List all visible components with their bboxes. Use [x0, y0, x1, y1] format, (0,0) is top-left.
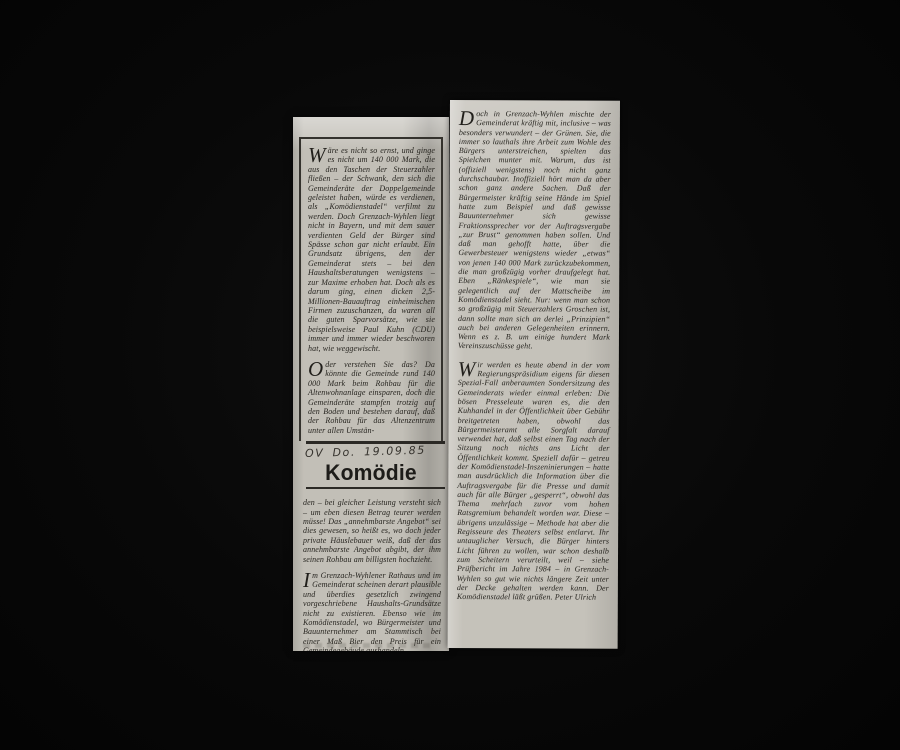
left-clipping: Wäre es nicht so ernst, und ginge es nic…: [293, 117, 449, 651]
drop-cap: W: [458, 360, 478, 377]
article-paragraph: Wäre es nicht so ernst, und ginge es nic…: [308, 146, 435, 353]
drop-cap: I: [303, 571, 312, 588]
right-clipping: Doch in Grenzach-Wyhlen mischte der Geme…: [448, 100, 620, 649]
left-bottom-paragraphs: den – bei gleicher Leistung versteht sic…: [303, 498, 441, 651]
article-paragraph: Doch in Grenzach-Wyhlen mischte der Geme…: [458, 109, 611, 351]
headline-rule-bottom: [306, 487, 445, 490]
article-paragraph: den – bei gleicher Leistung versteht sic…: [303, 498, 441, 564]
right-paragraphs: Doch in Grenzach-Wyhlen mischte der Geme…: [457, 109, 611, 602]
article-paragraph: Oder verstehen Sie das? Da könnte die Ge…: [308, 360, 435, 435]
bleed-through-smudge: [303, 643, 435, 648]
article-frame: Wäre es nicht so ernst, und ginge es nic…: [299, 137, 443, 441]
scanner-background: Wäre es nicht so ernst, und ginge es nic…: [0, 0, 900, 750]
handwritten-date: OV Do. 19.09.85: [305, 443, 449, 460]
article-paragraph: Im Grenzach-Wyhlener Rathaus und im Geme…: [303, 571, 441, 651]
left-top-paragraphs: Wäre es nicht so ernst, und ginge es nic…: [308, 146, 435, 435]
headline: Komödie: [296, 461, 446, 484]
drop-cap: O: [308, 360, 325, 377]
drop-cap: D: [459, 109, 476, 126]
drop-cap: W: [308, 146, 328, 163]
article-paragraph: Wir werden es heute abend in der vom Reg…: [457, 360, 610, 602]
